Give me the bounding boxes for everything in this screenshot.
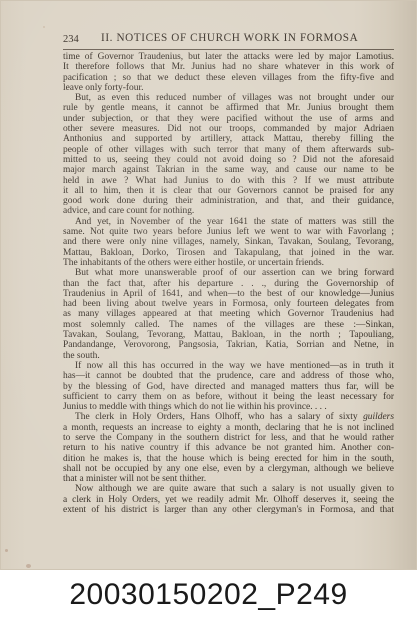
text-line: Traudenius in April of 1641, and when—to… [63, 289, 394, 299]
text-line: sufficient to carry them on as before, w… [63, 392, 394, 402]
text-line: and there were only nine villages, namel… [63, 237, 394, 247]
text-line: But, as even this reduced number of vill… [63, 93, 394, 103]
text-line: But what more unanswerable proof of our … [63, 268, 394, 278]
italic-word: guilders [363, 412, 394, 422]
text-line: than the fact that, after his departure … [63, 279, 394, 289]
text-line: under subjection, or that they were paci… [63, 114, 394, 124]
running-head: 234 II. NOTICES OF CHURCH WORK IN FORMOS… [63, 32, 394, 46]
text-line: The inhabitants of the others were eithe… [63, 258, 394, 268]
text-line: by the blessing of God, have directed an… [63, 382, 394, 392]
text-line: shall not be occupied by any one else, e… [63, 464, 394, 474]
text-line: The clerk in Holy Orders, Hans Olhoff, w… [63, 412, 394, 422]
text-line: dition he makes is, that the house which… [63, 454, 394, 464]
text-line: other severe measures. Did not our troop… [63, 124, 394, 134]
page-number: 234 [63, 34, 79, 45]
text-line: rule by gentle means, it cannot be affir… [63, 103, 394, 113]
text-line: It therefore follows that Mr. Junius had… [63, 62, 394, 72]
text-line: time of Governor Traudenius, but later t… [63, 52, 394, 62]
text-line: Now although we are quite aware that suc… [63, 484, 394, 494]
text-line: had been living about twelve years in Fo… [63, 299, 394, 309]
text-line: If now all this has occurred in the way … [63, 361, 394, 371]
text-line: extent of his district is larger than an… [63, 505, 394, 515]
body-text: time of Governor Traudenius, but later t… [63, 52, 394, 515]
paper-blemish [26, 564, 31, 568]
text-line: Pandandange, Verovorong, Pangsosia, Takr… [63, 340, 394, 350]
text-line: leave only forty-four. [63, 83, 394, 93]
scanned-book-page: 234 II. NOTICES OF CHURCH WORK IN FORMOS… [0, 0, 417, 570]
text-line: held in awe ? What had Junius to do with… [63, 176, 394, 186]
running-head-title: II. NOTICES OF CHURCH WORK IN FORMOSA [101, 32, 358, 44]
text-line: pacification ; so that we deduct these e… [63, 73, 394, 83]
image-identifier-caption: 20030150202_P249 [0, 578, 417, 612]
text-line: has—it cannot be doubted that the pruden… [63, 371, 394, 381]
text-line: to serve the Company in the southern dis… [63, 433, 394, 443]
text-line: return to his native country if this adv… [63, 443, 394, 453]
text-line: a month, requests an increase to eighty … [63, 423, 394, 433]
text-line: good work done during their administrati… [63, 196, 394, 206]
text-line: most solemnly called. The names of the v… [63, 320, 394, 330]
text-line: Tavakan, Soulang, Tevorang, Mattau, Bakl… [63, 330, 394, 340]
header-rule-divider [63, 49, 394, 50]
text-line: Anthonius and supported by artillery, at… [63, 134, 394, 144]
text-line: people of other villages with such terro… [63, 145, 394, 155]
text-line: a clerk in Holy Orders, yet we readily a… [63, 495, 394, 505]
text-line: as many villages appeared at that meetin… [63, 309, 394, 319]
text-line: advice, and care count for nothing. [63, 206, 394, 216]
paper-blemish [43, 26, 45, 28]
text-line: same. Not quite two years before Junius … [63, 227, 394, 237]
text-line: mitted to us, seeing they could not avoi… [63, 155, 394, 165]
text-line: the south. [63, 351, 394, 361]
text-line: Mattau, Bakloan, Dorko, Tirosen and Taka… [63, 248, 394, 258]
text-line: major march against Takrian in the same … [63, 165, 394, 175]
text-line: it all to him, then it is clear that our… [63, 186, 394, 196]
text-line: that a minister will not be sent thither… [63, 474, 394, 484]
text-line: Junius to meddle with things which do no… [63, 402, 394, 412]
text-line: And yet, in November of the year 1641 th… [63, 217, 394, 227]
paper-blemish [5, 549, 8, 552]
